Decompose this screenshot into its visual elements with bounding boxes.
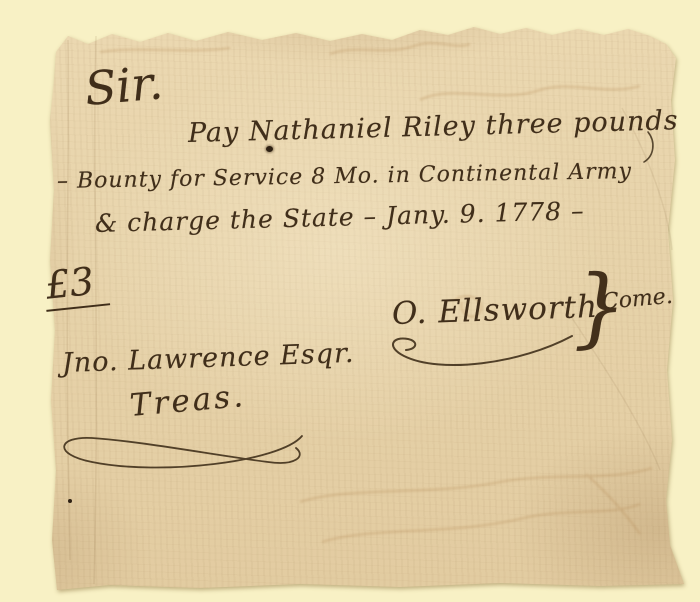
amount-figure: £3 — [41, 257, 110, 311]
signature-name: O. Ellsworth — [391, 289, 598, 332]
ink-speck — [68, 499, 72, 503]
ink-blot — [266, 146, 273, 152]
salutation-text: Sir. — [83, 55, 165, 116]
scanned-document-page: { "colors": { "scan_background": "#f8f1c… — [0, 0, 700, 602]
